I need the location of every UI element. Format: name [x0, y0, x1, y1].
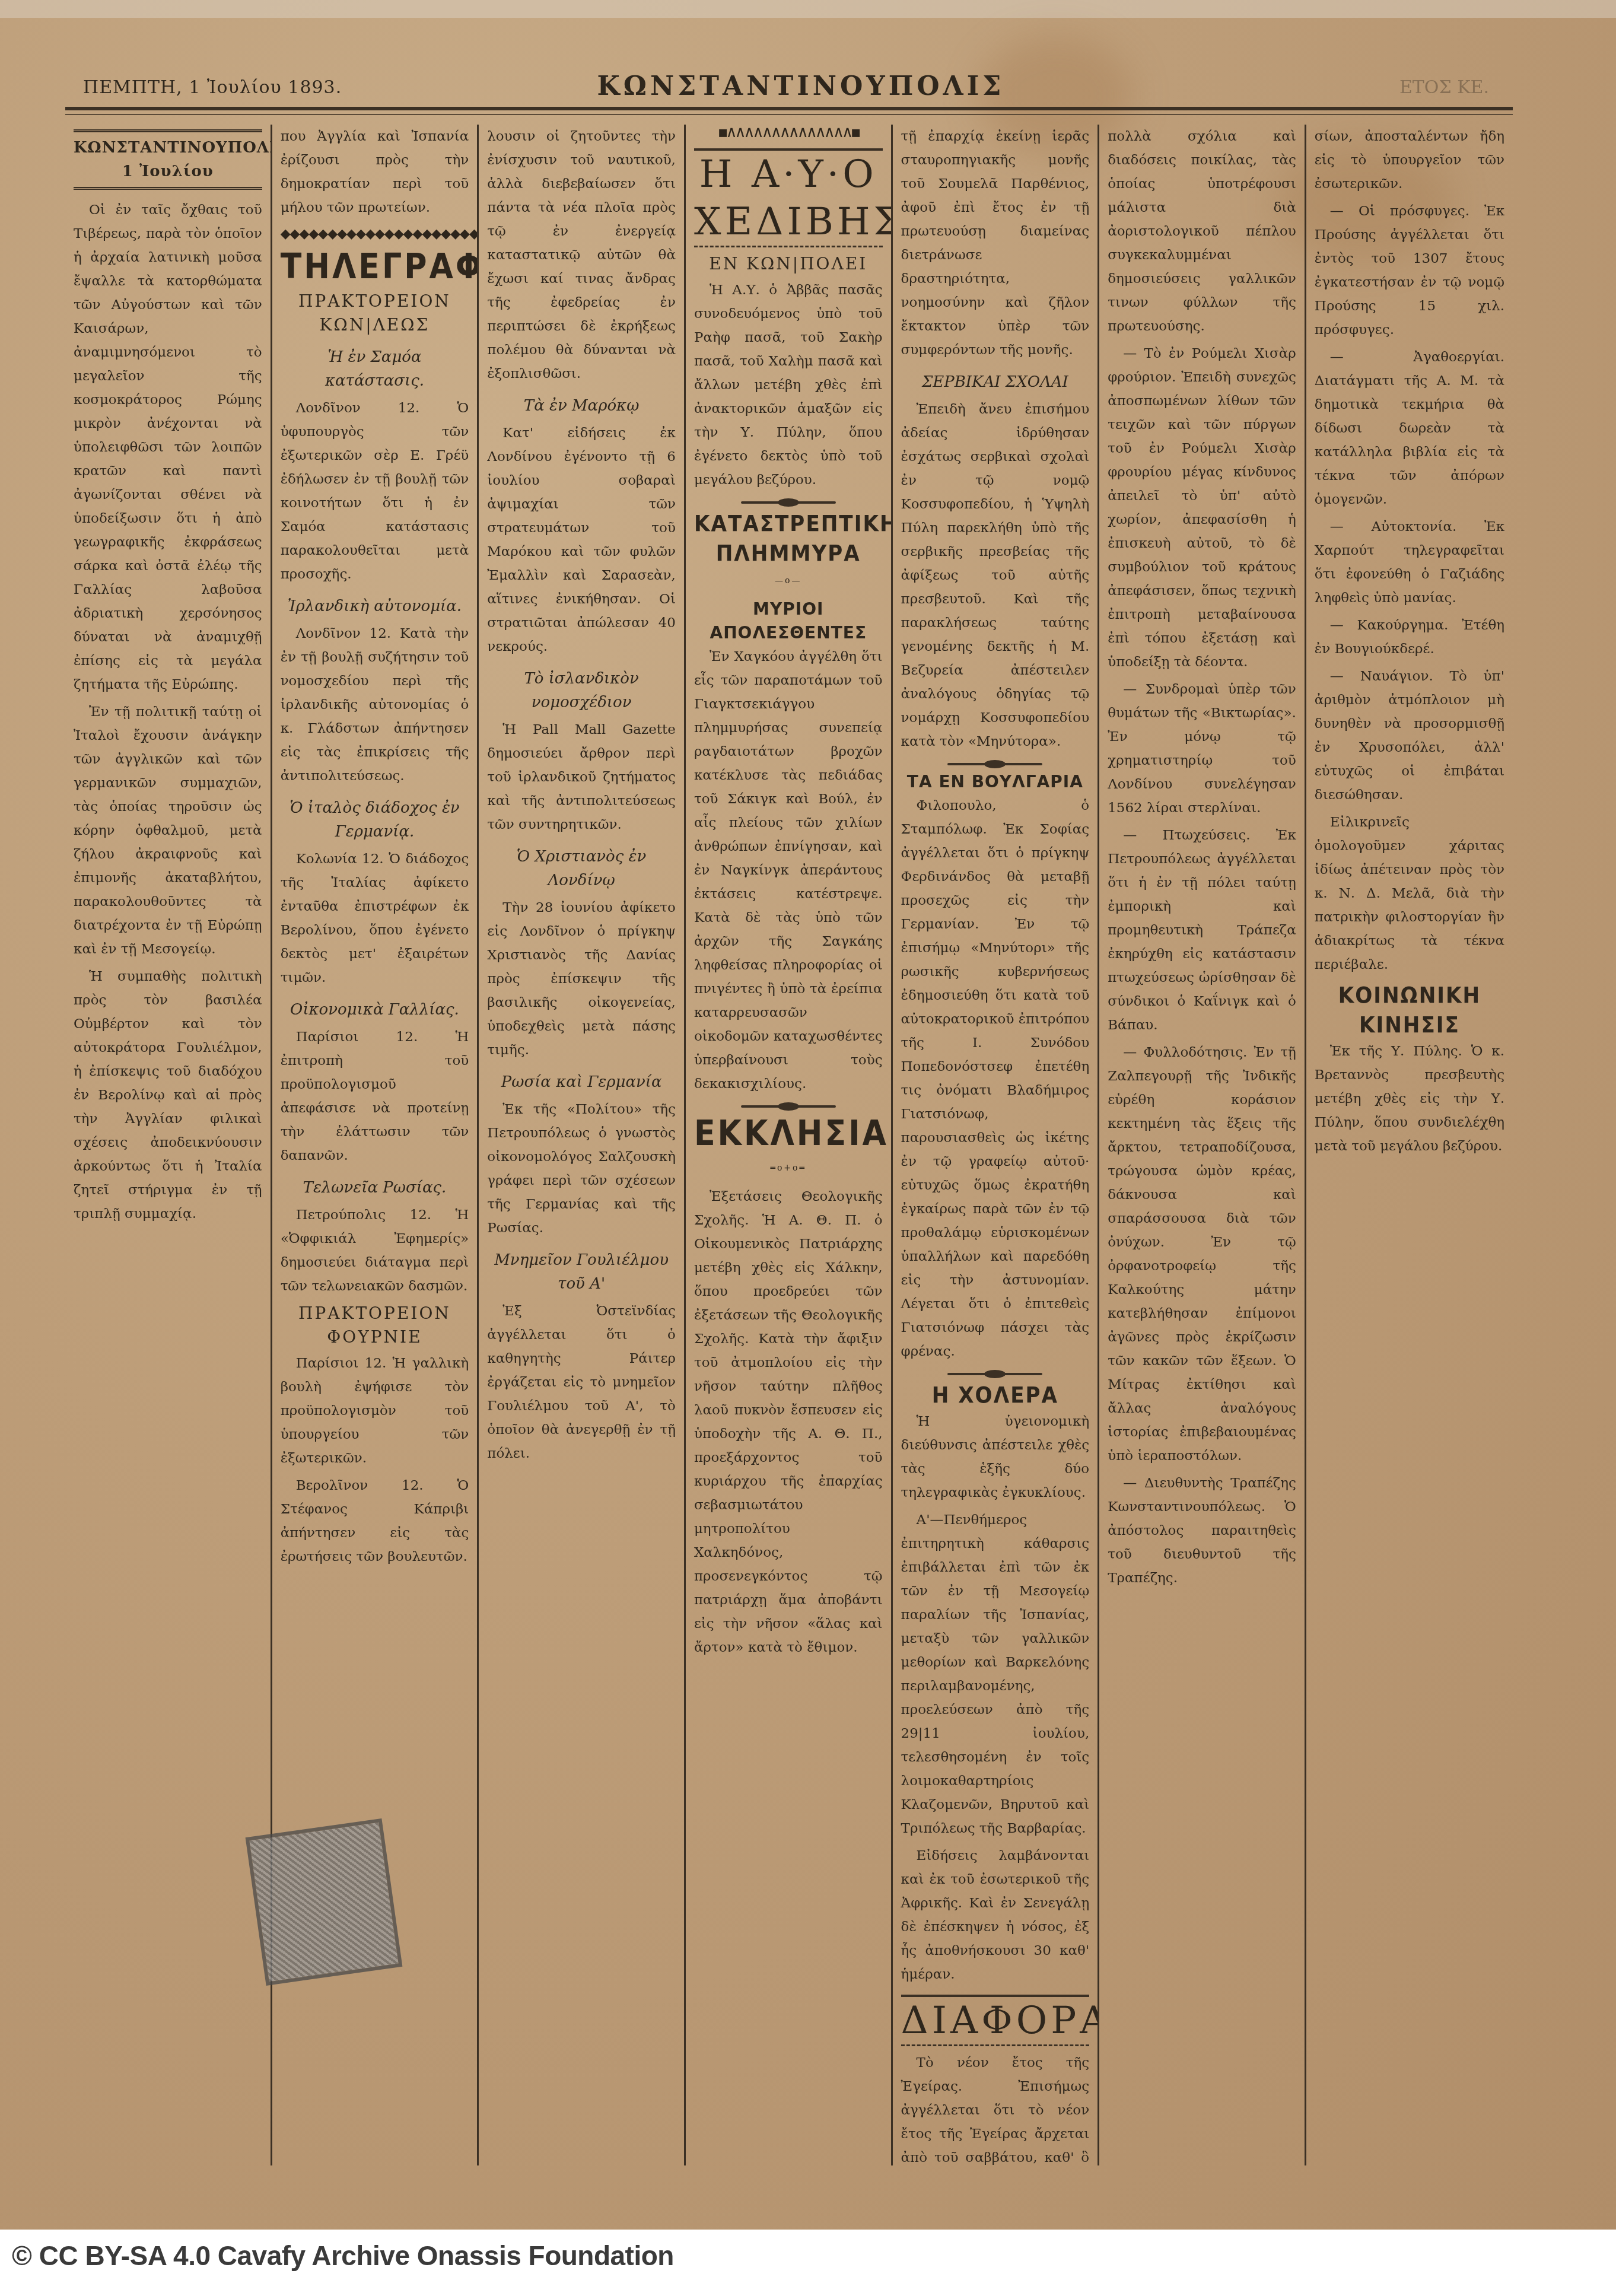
article-paragraph: Ἐπειδὴ ἄνευ ἐπισήμου ἀδείας ἱδρύθησαν ἐσ…: [901, 397, 1090, 753]
article-paragraph: Κατ' εἰδήσεις ἐκ Λονδίνου ἐγένοντο τῇ 6 …: [487, 421, 676, 659]
section-headline: ΚΟΙΝΩΝΙΚΗ ΚΙΝΗΣΙΣ: [1315, 980, 1504, 1039]
article-paragraph-continued: τῇ ἐπαρχίᾳ ἐκείνῃ ἱερᾶς σταυροπηγιακῆς μ…: [901, 125, 1090, 362]
article-title: Ἡ ἐν Σαμόα κατάστασις.: [281, 345, 469, 393]
section-subheading: ΠΡΑΚΤΟΡΕΙΟΝ ΚΩΝ|ΛΕΩΣ: [281, 290, 469, 337]
section-subheading: ΠΡΑΚΤΟΡΕΙΟΝ ΦΟΥΡΝΙΕ: [281, 1302, 469, 1349]
article-paragraph: Ἐκ τῆς Υ. Πύλης. Ὁ κ. Βρεταννὸς πρεσβευτ…: [1315, 1039, 1504, 1158]
column-7: σίων, ἀποσταλέντων ἤδη εἰς τὸ ὑπουργεῖον…: [1306, 125, 1513, 2165]
article-paragraph-continued: που Ἀγγλία καὶ Ἰσπανία ἐρίζουσι πρὸς τὴν…: [281, 125, 469, 220]
article-title: Οἰκονομικὰ Γαλλίας.: [281, 998, 469, 1022]
article-paragraph: — Διευθυντὴς Τραπέζης Κωνσταντινουπόλεως…: [1108, 1471, 1296, 1590]
column-1: ΚΩΝΣΤΑΝΤΙΝΟΥΠΟΛΙΣ 1 ἸουλίουΟἱ ἐν ταῖς ὄχ…: [65, 125, 272, 2165]
article-title: Τὸ ἰσλανδικὸν νομοσχέδιον: [487, 667, 676, 714]
article-paragraph: Πετρούπολις 12. Ἡ «Ὀφφικιάλ Ἐφημερίς» δη…: [281, 1203, 469, 1298]
article-paragraph: — Κακούργημα. Ἐτέθη ἐν Βουγιούκδερέ.: [1315, 613, 1504, 661]
article-paragraph: Οἱ ἐν ταῖς ὄχθαις τοῦ Τιβέρεως, παρὰ τὸν…: [74, 198, 262, 697]
section-headline: ΕΚΚΛΗΣΙΑΣΤΙΚΑ: [694, 1112, 883, 1154]
newspaper-page: ΠΕΜΠΤΗ, 1 Ἰουλίου 1893. ΚΩΝΣΤΑΝΤΙΝΟΥΠΟΛΙ…: [0, 0, 1616, 2230]
section-headline: ΔΙΑΦΟΡΑ: [901, 1995, 1090, 2046]
article-paragraph: Παρίσιοι 12. Ἡ ἐπιτροπὴ τοῦ προϋπολογισμ…: [281, 1025, 469, 1168]
section-subheading: ΕΝ ΚΩΝ|ΠΟΛΕΙ: [694, 252, 883, 276]
article-paragraph-continued: πολλὰ σχόλια καὶ διαδόσεις ποικίλας, τὰς…: [1108, 125, 1296, 338]
attribution-text: CC BY-SA 4.0 Cavafy Archive Onassis Foun…: [39, 2240, 674, 2271]
article-title: Τὰ ἐν Μαρόκῳ: [487, 394, 676, 418]
masthead-rule: [65, 107, 1513, 110]
article-title: Ὁ ἰταλὸς διάδοχος ἐν Γερμανίᾳ.: [281, 796, 469, 844]
article-paragraph: — Φυλλοδότησις. Ἐν τῇ Ζαλπεγουρῇ τῆς Ἰνδ…: [1108, 1041, 1296, 1468]
section-subheading: ΜΥΡΙΟΙ ΑΠΟΛΕΣΘΕΝΤΕΣ: [694, 597, 883, 645]
article-title: ΣΕΡΒΙΚΑΙ ΣΧΟΛΑΙ: [901, 370, 1090, 394]
article-title: Τελωνεῖα Ρωσίας.: [281, 1176, 469, 1200]
section-headline: ΤΗΛΕΓΡΑΦΗΜΑΤΑ: [281, 246, 469, 287]
article-paragraph: Παρίσιοι 12. Ἡ γαλλικὴ βουλὴ ἐψήφισε τὸν…: [281, 1351, 469, 1470]
section-subheading: ΤΑ ΕΝ ΒΟΥΛΓΑΡΙΑ: [901, 770, 1090, 794]
article-title: Ἰρλανδικὴ αὐτονομία.: [281, 594, 469, 618]
article-paragraph: Ἐν Χαγκόου ἀγγέλθη ὅτι εἷς τῶν παραποτάμ…: [694, 645, 883, 1096]
article-paragraph: Α'—Πενθήμερος ἐπιτηρητικὴ κάθαρσις ἐπιβά…: [901, 1508, 1090, 1840]
article-paragraph: Κολωνία 12. Ὁ διάδοχος τῆς Ἰταλίας ἀφίκε…: [281, 847, 469, 990]
column-5: τῇ ἐπαρχίᾳ ἐκείνῃ ἱερᾶς σταυροπηγιακῆς μ…: [893, 125, 1100, 2165]
section-headline: Η Α·Υ·Ο ΧΕΔΙΒΗΣ: [694, 148, 883, 247]
article-paragraph-continued: λουσιν οἱ ζητοῦντες τὴν ἐνίσχυσιν τοῦ να…: [487, 125, 676, 386]
article-paragraph: Ἐξετάσεις Θεολογικῆς Σχολῆς. Ἡ Α. Θ. Π. …: [694, 1185, 883, 1659]
article-paragraph: Λονδῖνον 12. Κατὰ τὴν ἐν τῇ βουλῇ συζήτη…: [281, 622, 469, 788]
article-paragraph: — Ἀγαθοεργίαι. Διατάγματι τῆς Α. Μ. τὰ δ…: [1315, 345, 1504, 511]
attribution-footer: © CC BY-SA 4.0 Cavafy Archive Onassis Fo…: [12, 2240, 674, 2272]
masthead-rule-thin: [65, 114, 1513, 115]
section-headline: ΚΑΤΑΣΤΡΕΠΤΙΚΗ ΠΛΗΜΜΥΡΑ: [694, 508, 883, 568]
divider-ornament: [741, 1105, 836, 1108]
article-paragraph: Ἡ συμπαθὴς πολιτικὴ πρὸς τὸν βασιλέα Οὐμ…: [74, 965, 262, 1226]
article-paragraph: Τὴν 28 ἰουνίου ἀφίκετο εἰς Λονδῖνον ὁ πρ…: [487, 896, 676, 1062]
article-paragraph: Εἰλικρινεῖς ὁμολογοῦμεν χάριτας ἰδίως ἀπ…: [1315, 810, 1504, 977]
column-6: πολλὰ σχόλια καὶ διαδόσεις ποικίλας, τὰς…: [1099, 125, 1306, 2165]
diamond-ornament: ◆◆◆◆◆◆◆◆◆◆◆◆◆◆◆◆◆◆◆◆◆◆◆◆◆: [281, 227, 469, 242]
section-headline: Η ΧΟΛΕΡΑ: [901, 1380, 1090, 1410]
article-title: Μνημεῖον Γουλιέλμου τοῦ Α': [487, 1248, 676, 1296]
article-paragraph: — Οἱ πρόσφυγες. Ἐκ Προύσης ἀγγέλλεται ὅτ…: [1315, 199, 1504, 342]
article-paragraph: — Πτωχεύσεις. Ἐκ Πετρουπόλεως ἀγγέλλεται…: [1108, 823, 1296, 1037]
column-heading: ΚΩΝΣΤΑΝΤΙΝΟΥΠΟΛΙΣ 1 Ἰουλίου: [74, 129, 262, 190]
column-3: λουσιν οἱ ζητοῦντες τὴν ἐνίσχυσιν τοῦ να…: [479, 125, 686, 2165]
article-paragraph: Εἰδήσεις λαμβάνονται καὶ ἐκ τοῦ ἐσωτερικ…: [901, 1844, 1090, 1986]
article-paragraph: Βερολῖνον 12. Ὁ Στέφανος Κάπριβι ἀπήντησ…: [281, 1474, 469, 1569]
article-paragraph: Τὸ νέον ἔτος τῆς Ἐγείρας. Ἐπισήμως ἀγγέλ…: [901, 2051, 1090, 2165]
article-paragraph: — Τὸ ἐν Ρούμελι Χισὰρ φρούριον. Ἐπειδὴ σ…: [1108, 342, 1296, 674]
article-paragraph-continued: σίων, ἀποσταλέντων ἤδη εἰς τὸ ὑπουργεῖον…: [1315, 125, 1504, 196]
postage-stamp: [246, 1818, 403, 1986]
copyright-icon: ©: [12, 2240, 31, 2271]
issue-year: ΕΤΟΣ ΚΕ.: [1399, 77, 1489, 98]
article-paragraph: Λονδῖνον 12. Ὁ ὑφυπουργὸς τῶν ἐξωτερικῶν…: [281, 396, 469, 586]
article-paragraph: Ἡ ὑγειονομικὴ διεύθυνσις ἀπέστειλε χθὲς …: [901, 1410, 1090, 1505]
newspaper-title: ΚΩΝΣΤΑΝΤΙΝΟΥΠΟΛΙΣ: [65, 71, 1537, 101]
divider-ornament: [947, 1373, 1042, 1375]
zigzag-ornament: ▪∧∧∧∧∧∧∧∧∧∧∧∧∧∧▪: [694, 125, 883, 140]
torn-top-edge: [0, 0, 1616, 18]
article-paragraph: Ἐν τῇ πολιτικῇ ταύτῃ οἱ Ἰταλοὶ ἔχουσιν ἀ…: [74, 700, 262, 961]
separator-ornament: —o—: [694, 569, 883, 593]
article-paragraph: Ἡ Α.Υ. ὁ Ἀββᾶς πασᾶς συνοδευόμενος ὑπὸ τ…: [694, 278, 883, 492]
article-paragraph: — Συνδρομαὶ ὑπὲρ τῶν θυμάτων τῆς «Βικτωρ…: [1108, 678, 1296, 820]
column-4: ▪∧∧∧∧∧∧∧∧∧∧∧∧∧∧▪Η Α·Υ·Ο ΧΕΔΙΒΗΣΕΝ ΚΩΝ|ΠΟ…: [686, 125, 893, 2165]
article-paragraph: — Αὐτοκτονία. Ἐκ Χαρπούτ τηλεγραφεῖται ὅ…: [1315, 515, 1504, 610]
article-paragraph: Ἐξ Ὀστεϊνδίας ἀγγέλλεται ὅτι ὁ καθηγητὴς…: [487, 1299, 676, 1465]
article-paragraph: Φιλοπουλο, ὁ Σταμπόλωφ. Ἐκ Σοφίας ἀγγέλλ…: [901, 794, 1090, 1363]
article-title: Ρωσία καὶ Γερμανία: [487, 1070, 676, 1094]
separator-ornament: ═o+o═: [694, 1156, 883, 1180]
masthead: ΠΕΜΠΤΗ, 1 Ἰουλίου 1893. ΚΩΝΣΤΑΝΤΙΝΟΥΠΟΛΙ…: [65, 71, 1537, 107]
article-paragraph: Ἐκ τῆς «Πολίτου» τῆς Πετρουπόλεως ὁ γνωσ…: [487, 1098, 676, 1240]
article-paragraph: Ἡ Pall Mall Gazette δημοσιεύει ἄρθρον πε…: [487, 718, 676, 837]
divider-ornament: [947, 763, 1042, 765]
article-title: Ὁ Χριστιανὸς ἐν Λονδίνῳ: [487, 845, 676, 892]
article-paragraph: — Ναυάγιον. Τὸ ὑπ' ἀριθμὸν ἀτμόπλοιον μὴ…: [1315, 664, 1504, 807]
divider-ornament: [741, 501, 836, 504]
